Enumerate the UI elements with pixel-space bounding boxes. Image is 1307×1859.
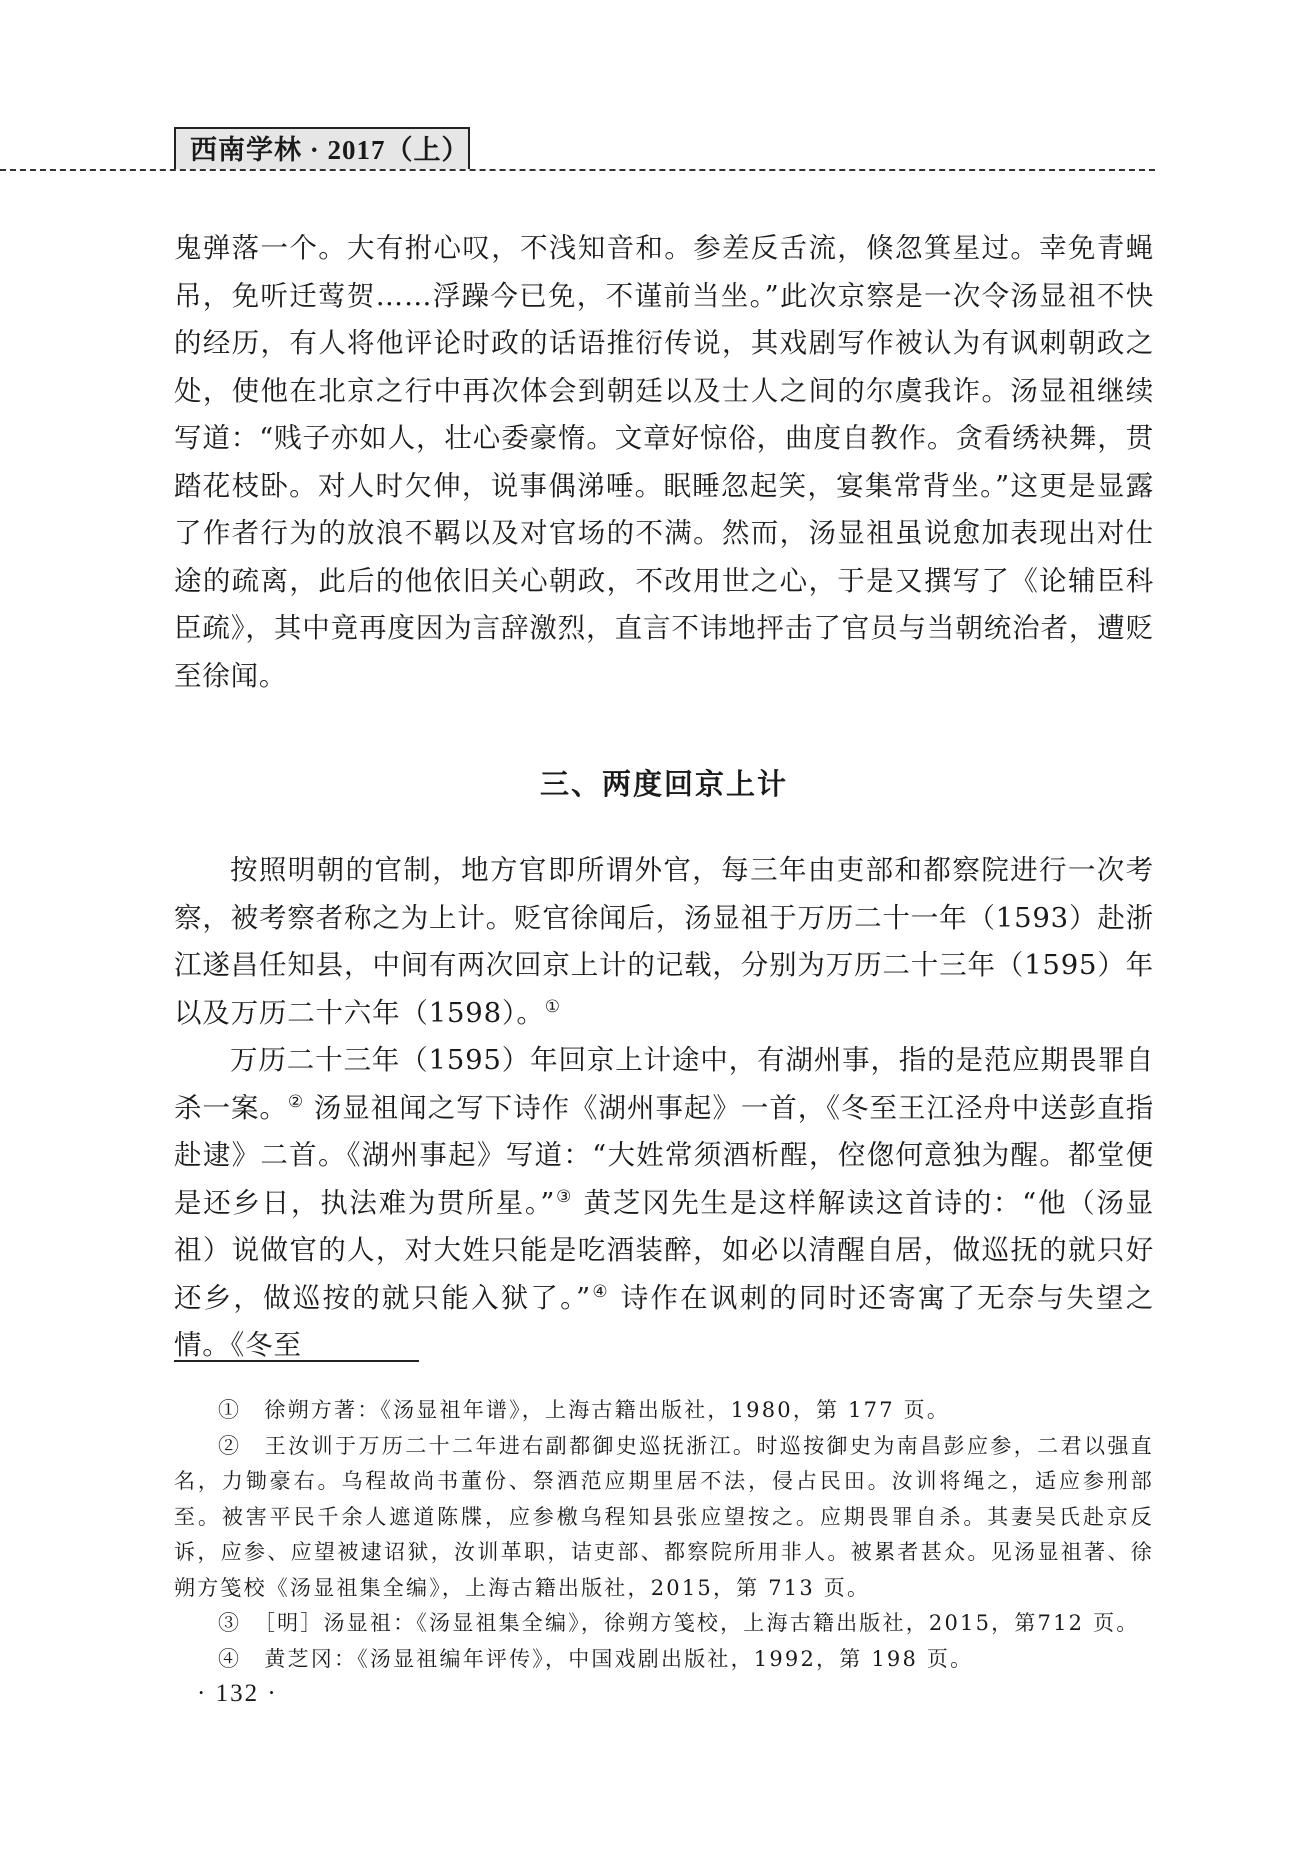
section-heading: 三、两度回京上计 (174, 762, 1154, 803)
footnote-ref-1[interactable]: ① (545, 997, 561, 1017)
paragraph-1-text: 按照明朝的官制，地方官即所谓外官，每三年由吏部和都察院进行一次考察，被考察者称之… (174, 854, 1154, 1029)
footnote-2: ② 王汝训于万历二十二年进右副都御史巡抚浙江。时巡按御史为南昌彭应参，二君以强直… (174, 1429, 1154, 1607)
body-text-lower: 按照明朝的官制，地方官即所谓外官，每三年由吏部和都察院进行一次考察，被考察者称之… (174, 847, 1154, 1370)
footnote-3: ③ ［明］汤显祖：《汤显祖集全编》，徐朔方笺校，上海古籍出版社，2015，第71… (174, 1606, 1154, 1642)
paragraph-2: 万历二十三年（1595）年回京上计途中，有湖州事，指的是范应期畏罪自杀一案。② … (174, 1037, 1154, 1370)
header-dashed-rule (0, 169, 1155, 171)
page-number: · 132 · (197, 1680, 278, 1708)
footnote-4: ④ 黄芝冈：《汤显祖编年评传》，中国戏剧出版社，1992，第 198 页。 (174, 1642, 1154, 1678)
paragraph-1: 按照明朝的官制，地方官即所谓外官，每三年由吏部和都察院进行一次考察，被考察者称之… (174, 847, 1154, 1037)
paragraph-continued: 鬼弹落一个。大有拊心叹，不浅知音和。参差反舌流，倏忽箕星过。幸免青蝇吊，免听迁莺… (174, 225, 1154, 700)
footnote-1: ① 徐朔方著：《汤显祖年谱》，上海古籍出版社，1980，第 177 页。 (174, 1393, 1154, 1429)
footnotes: ① 徐朔方著：《汤显祖年谱》，上海古籍出版社，1980，第 177 页。 ② 王… (174, 1393, 1154, 1677)
footnote-ref-4[interactable]: ④ (591, 1282, 610, 1302)
footnote-separator (174, 1360, 419, 1362)
footnote-ref-3[interactable]: ③ (555, 1187, 573, 1207)
running-head: 西南学林 · 2017（上） (174, 127, 470, 169)
body-text-upper: 鬼弹落一个。大有拊心叹，不浅知音和。参差反舌流，倏忽箕星过。幸免青蝇吊，免听迁莺… (174, 225, 1154, 700)
footnote-ref-2[interactable]: ② (288, 1092, 304, 1112)
